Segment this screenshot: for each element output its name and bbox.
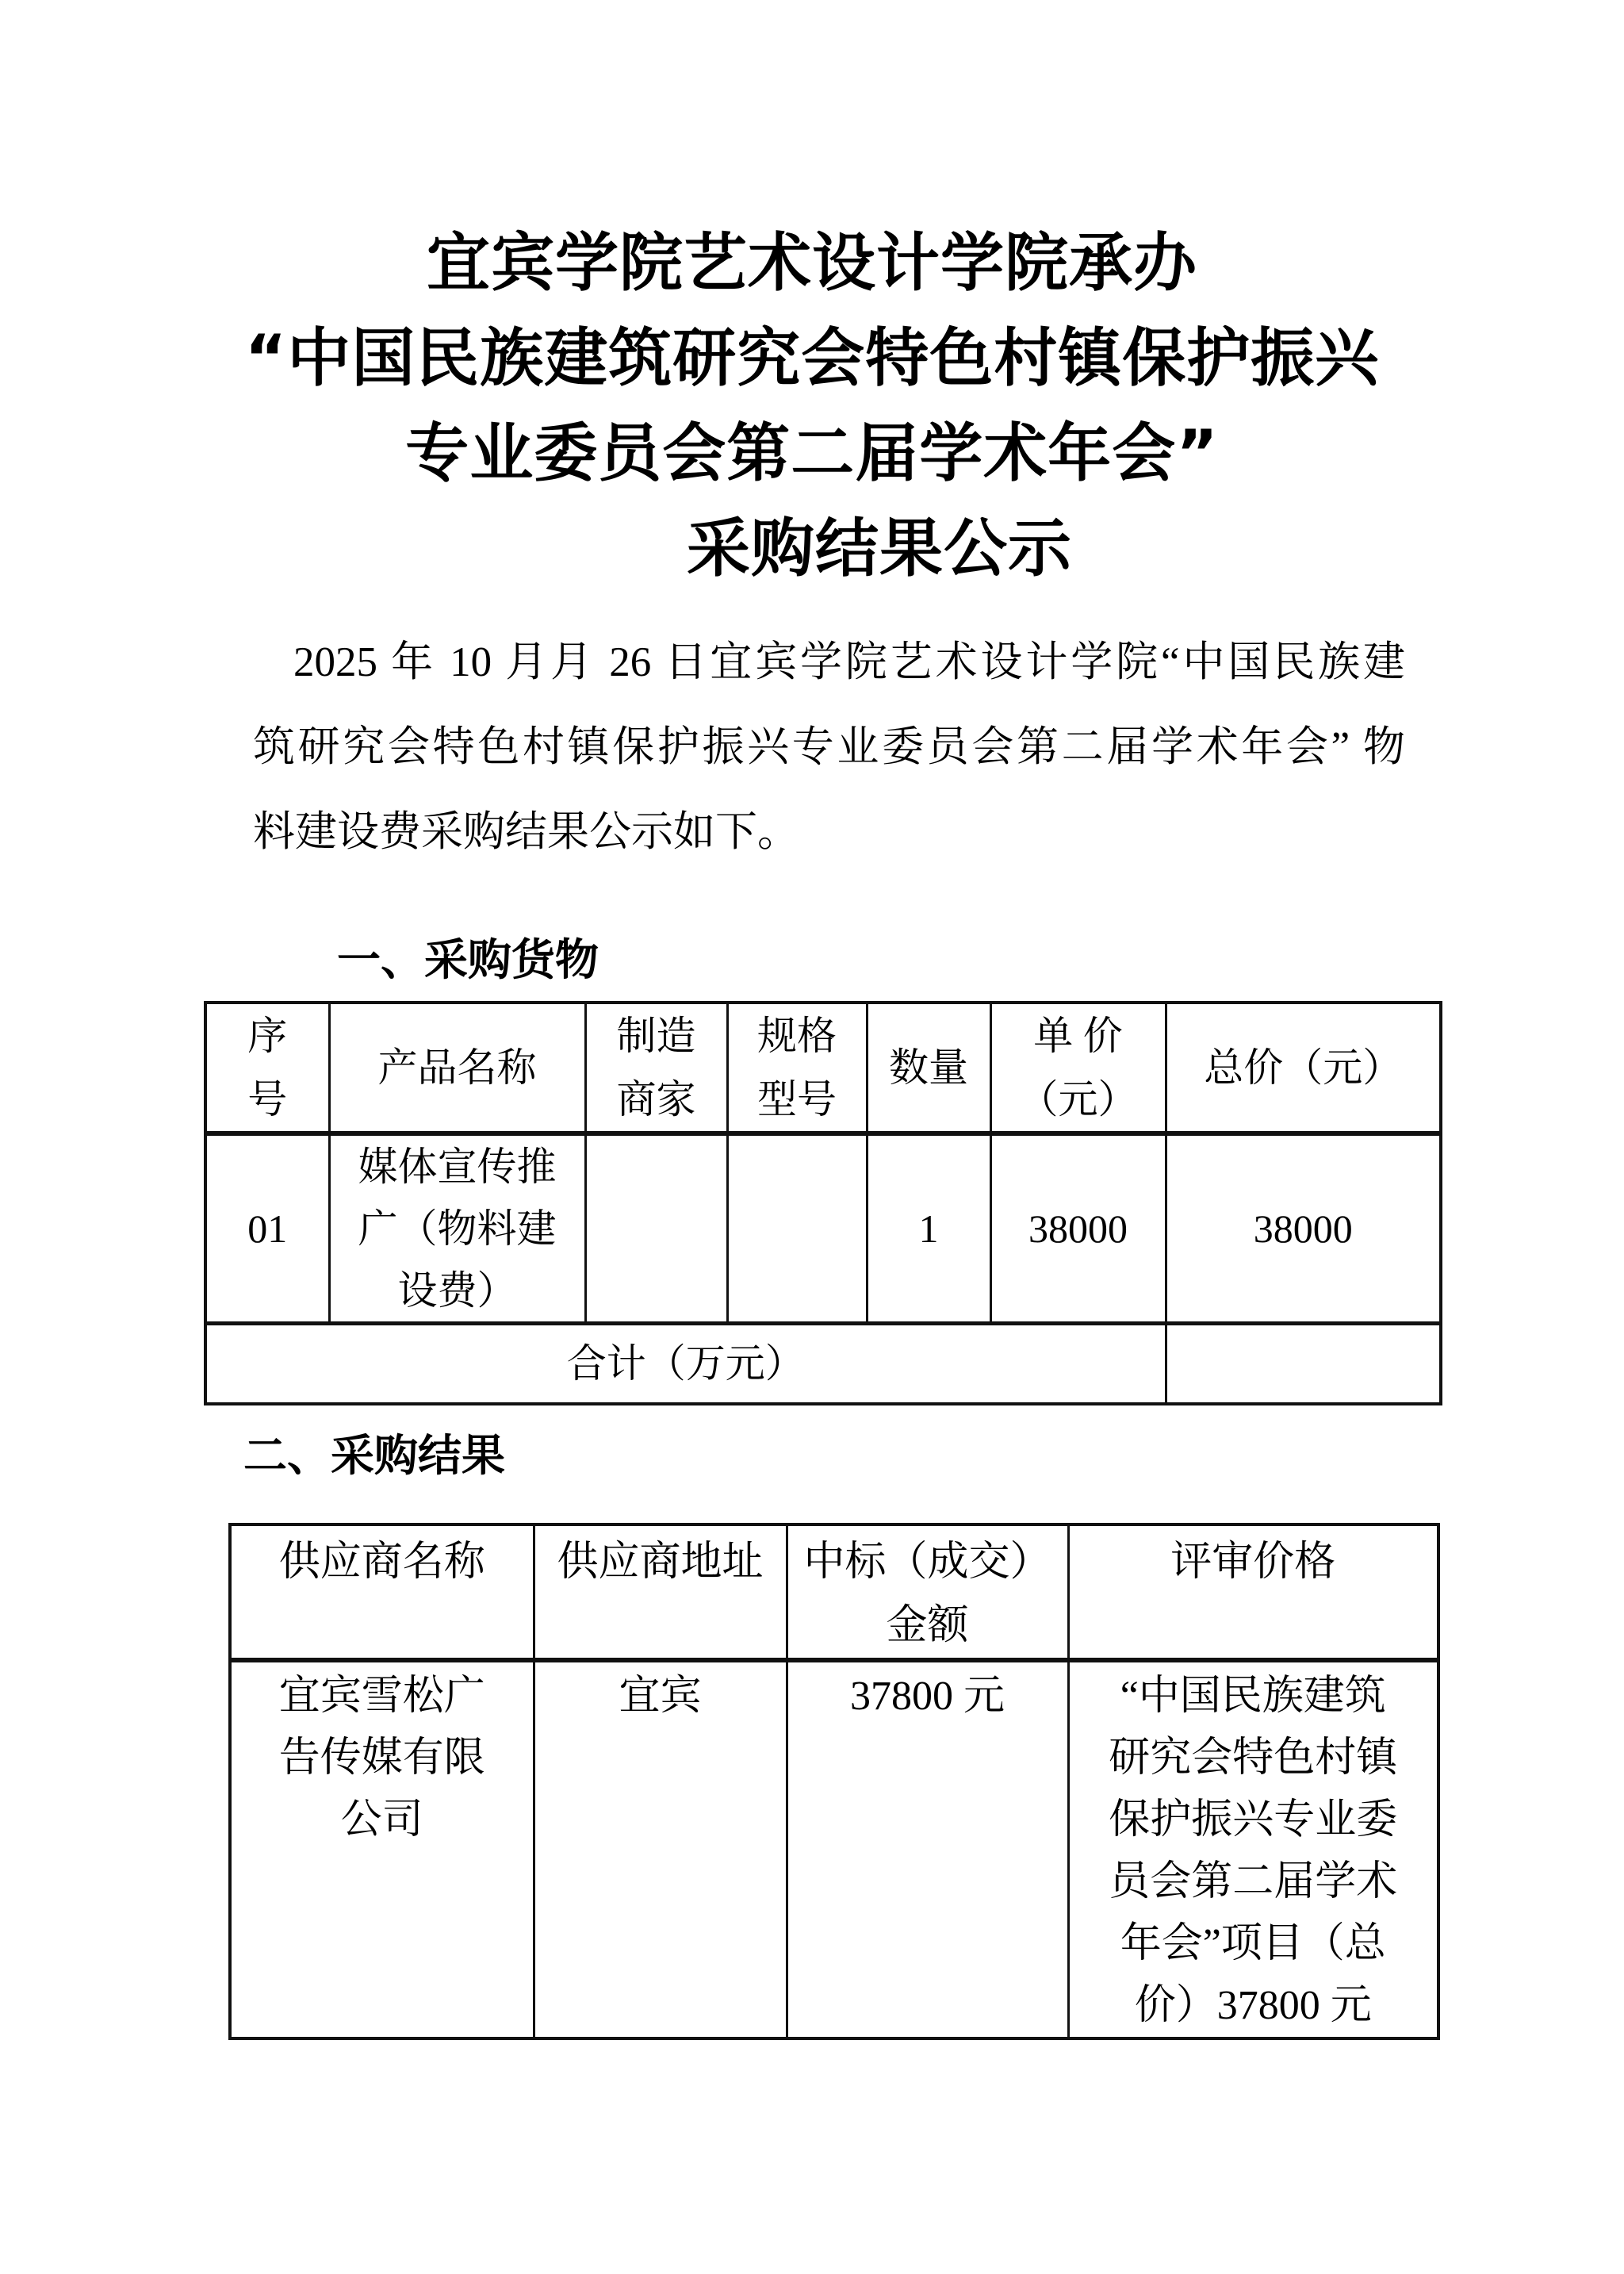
- results-table-row: 宜宾雪松广 告传媒有限 公司 宜宾 37800 元 “中国民族建筑 研究会特色村…: [230, 1660, 1438, 2038]
- cell-manufacturer: [585, 1133, 727, 1324]
- cell-seq-no: 01: [205, 1133, 329, 1324]
- intro-paragraph: 2025 年 10 月月 26 日宜宾学院艺术设计学院“中国民族建 筑研究会特色…: [253, 620, 1405, 875]
- header-cell-manufacturer: 制造 商家: [585, 1003, 727, 1133]
- title-line-4: 采购结果公示: [262, 501, 1497, 596]
- header-cell-supplier-address: 供应商地址: [534, 1524, 787, 1660]
- section-heading-results: 二、采购结果: [243, 1432, 505, 1481]
- document-title: 宜宾学院艺术设计学院承办 “中国民族建筑研究会特色村镇保护振兴 专业委员会第二届…: [194, 216, 1430, 596]
- intro-line-2: 筑研究会特色村镇保护振兴专业委员会第二届学术年会” 物: [253, 705, 1405, 790]
- cell-quantity: 1: [867, 1133, 990, 1324]
- cell-product-name: 媒体宣传推 广（物料建 设费）: [329, 1133, 585, 1324]
- title-line-1: 宜宾学院艺术设计学院承办: [194, 216, 1430, 311]
- header-cell-award-amount: 中标（成交） 金额: [787, 1524, 1068, 1660]
- cell-review-price: “中国民族建筑 研究会特色村镇 保护振兴专业委 员会第二届学术 年会”项目（总 …: [1068, 1660, 1438, 2038]
- header-cell-product-name: 产品名称: [329, 1003, 585, 1133]
- results-header-row: 供应商名称 供应商地址 中标（成交） 金额 评审价格: [230, 1524, 1438, 1660]
- cell-supplier-name: 宜宾雪松广 告传媒有限 公司: [230, 1660, 534, 2038]
- cell-unit-price: 38000: [990, 1133, 1166, 1324]
- goods-table-row: 01 媒体宣传推 广（物料建 设费） 1 38000 38000: [205, 1133, 1441, 1324]
- footer-total-value-cell: [1166, 1324, 1441, 1404]
- header-cell-review-price: 评审价格: [1068, 1524, 1438, 1660]
- header-cell-spec-model: 规格 型号: [727, 1003, 867, 1133]
- cell-supplier-address: 宜宾: [534, 1660, 787, 2038]
- goods-table: 序 号 产品名称 制造 商家 规格 型号 数量 单 价 （元） 总价（元） 01…: [204, 1001, 1442, 1405]
- header-cell-quantity: 数量: [867, 1003, 990, 1133]
- header-cell-unit-price: 单 价 （元）: [990, 1003, 1166, 1133]
- title-line-3: 专业委员会第二届学术年会”: [194, 406, 1430, 501]
- intro-line-1: 2025 年 10 月月 26 日宜宾学院艺术设计学院“中国民族建: [253, 620, 1405, 705]
- title-line-2: “中国民族建筑研究会特色村镇保护振兴: [194, 311, 1430, 406]
- cell-spec-model: [727, 1133, 867, 1324]
- goods-table-footer-row: 合计（万元）: [205, 1324, 1441, 1404]
- cell-total-price: 38000: [1166, 1133, 1441, 1324]
- results-table: 供应商名称 供应商地址 中标（成交） 金额 评审价格 宜宾雪松广 告传媒有限 公…: [228, 1523, 1440, 2040]
- section-heading-goods: 一、采购货物: [337, 936, 599, 985]
- document-page: 宜宾学院艺术设计学院承办 “中国民族建筑研究会特色村镇保护振兴 专业委员会第二届…: [0, 0, 1624, 2274]
- footer-total-label-cell: 合计（万元）: [205, 1324, 1166, 1404]
- intro-line-3: 料建设费采购结果公示如下。: [253, 790, 1405, 875]
- header-cell-supplier-name: 供应商名称: [230, 1524, 534, 1660]
- header-cell-seq-no: 序 号: [205, 1003, 329, 1133]
- goods-header-row: 序 号 产品名称 制造 商家 规格 型号 数量 单 价 （元） 总价（元）: [205, 1003, 1441, 1133]
- header-cell-total-price: 总价（元）: [1166, 1003, 1441, 1133]
- cell-award-amount: 37800 元: [787, 1660, 1068, 2038]
